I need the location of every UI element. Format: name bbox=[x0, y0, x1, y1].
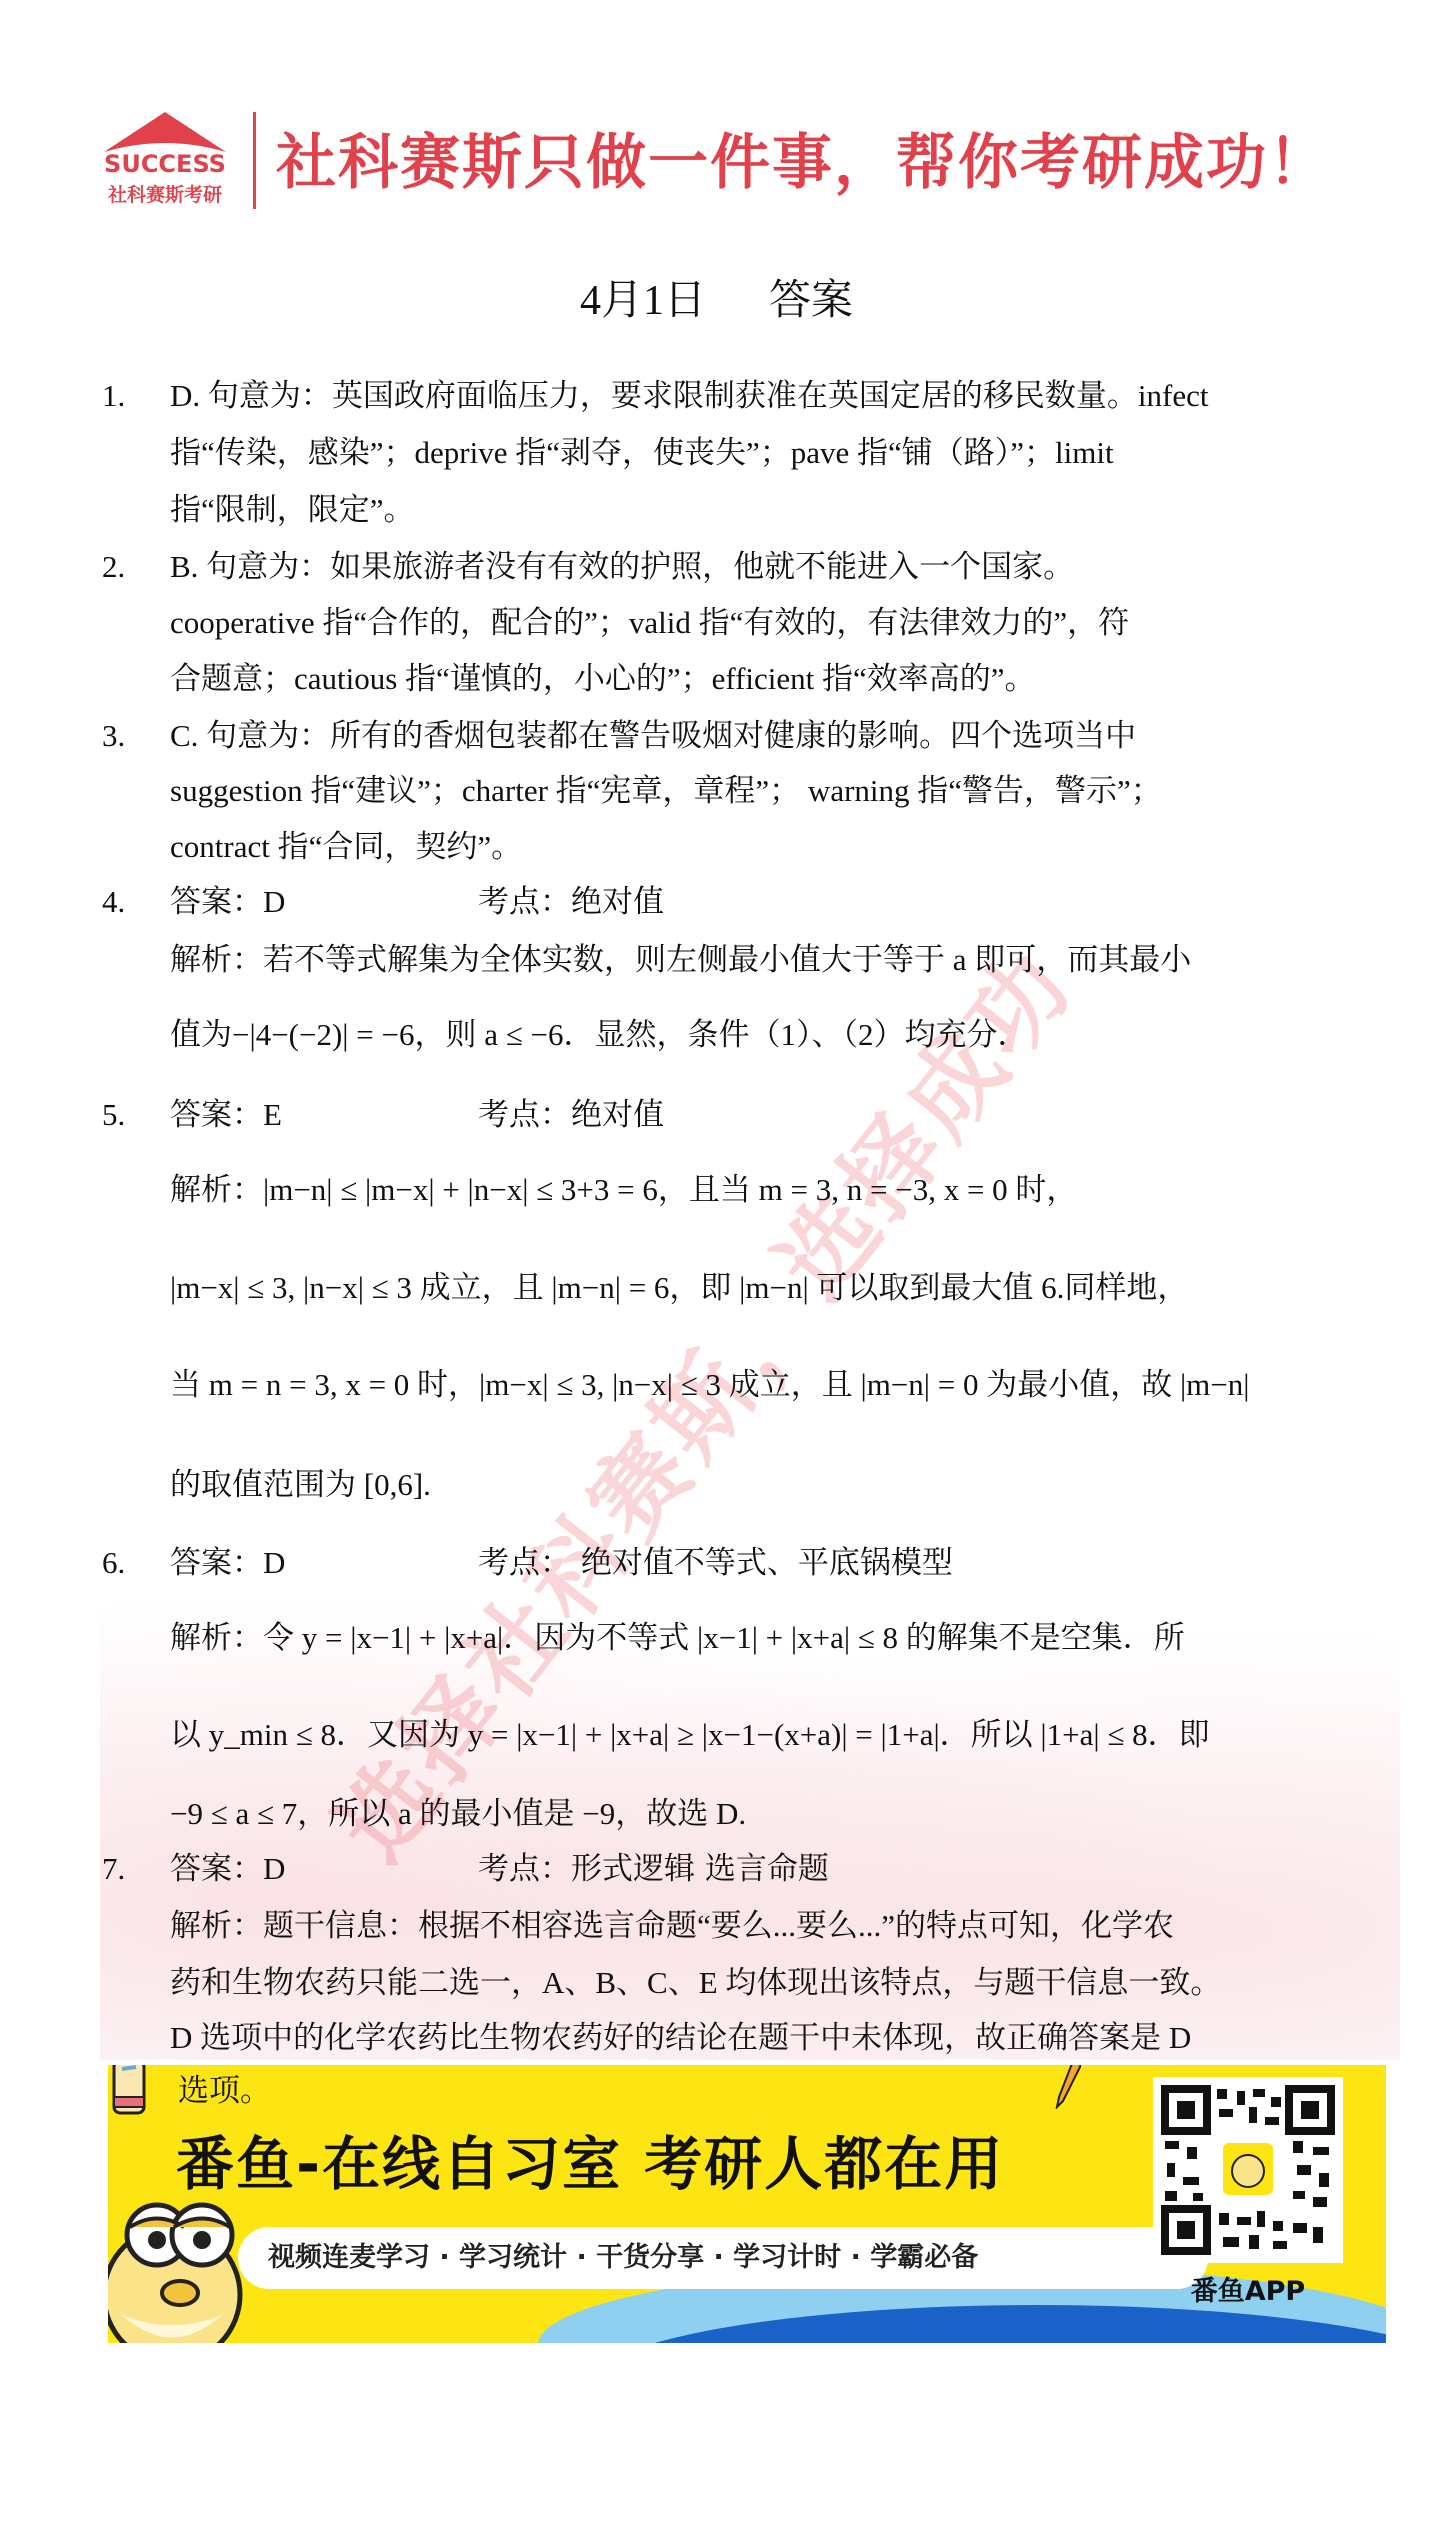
question-number: 2. bbox=[102, 547, 125, 587]
analysis-line: 药和生物农药只能二选一，A、B、C、E 均体现出该特点，与题干信息一致。 bbox=[170, 1963, 1221, 2003]
question-text-line: suggestion 指“建议”；charter 指“宪章，章程”； warni… bbox=[170, 771, 1162, 811]
analysis-line: 的取值范围为 [0,6]. bbox=[170, 1465, 431, 1505]
topic-label: 考点： 绝对值不等式、平底锅模型 bbox=[478, 1543, 953, 1583]
analysis-line: 以 y_min ≤ 8．又因为 y = |x−1| + |x+a| ≥ |x−1… bbox=[170, 1715, 1210, 1755]
question-text-line: 指“传染，感染”；deprive 指“剥夺，使丧失”；pave 指“铺（路）”；… bbox=[170, 433, 1114, 473]
feature-list: 视频连麦学习 · 学习统计 · 干货分享 · 学习计时 · 学霸必备 bbox=[268, 2227, 978, 2289]
topic-label: 考点：绝对值 bbox=[478, 1095, 664, 1135]
analysis-line: 解析：令 y = |x−1| + |x+a|．因为不等式 |x−1| + |x+… bbox=[170, 1618, 1185, 1658]
question-number: 6. bbox=[102, 1543, 125, 1583]
question-text-line: cooperative 指“合作的，配合的”；valid 指“有效的，有法律效力… bbox=[170, 603, 1129, 643]
answer-label: 答案：D bbox=[170, 1543, 285, 1583]
analysis-line: 当 m = n = 3, x = 0 时，|m−x| ≤ 3, |n−x| ≤ … bbox=[170, 1365, 1250, 1405]
pencil-icon bbox=[1053, 2065, 1081, 2109]
question-number: 7. bbox=[102, 1849, 125, 1889]
header-slogan: 社科赛斯只做一件事，帮你考研成功！ bbox=[276, 128, 1330, 198]
question-number: 4. bbox=[102, 882, 125, 922]
answer-label: 答案：D bbox=[170, 882, 285, 922]
question-text-line: C. 句意为：所有的香烟包装都在警告吸烟对健康的影响。四个选项当中 bbox=[170, 716, 1136, 756]
answer-label: 答案：E bbox=[170, 1095, 282, 1135]
analysis-line: 解析：题干信息：根据不相容选言命题“要么...要么...”的特点可知，化学农 bbox=[170, 1906, 1174, 1946]
page-title: 4月1日 答案 bbox=[0, 276, 1433, 326]
feature-pill: 视频连麦学习 · 学习统计 · 干货分享 · 学习计时 · 学霸必备 bbox=[238, 2227, 1208, 2289]
question-text-line: D. 句意为：英国政府面临压力，要求限制获准在英国定居的移民数量。infect bbox=[170, 376, 1208, 416]
analysis-line: 解析：|m−n| ≤ |m−x| + |n−x| ≤ 3+3 = 6，且当 m … bbox=[170, 1170, 1077, 1210]
title-label: 答案 bbox=[769, 278, 853, 324]
topic-label: 考点：形式逻辑 选言命题 bbox=[478, 1849, 829, 1889]
question-text-line: 合题意；cautious 指“谨慎的，小心的”；efficient 指“效率高的… bbox=[170, 659, 1036, 699]
pufferfish-mascot-icon bbox=[108, 2185, 252, 2343]
header-divider bbox=[253, 112, 256, 209]
answer-label: 答案：D bbox=[170, 1849, 285, 1889]
topic-label: 考点：绝对值 bbox=[478, 882, 664, 922]
analysis-line: 值为−|4−(−2)| = −6，则 a ≤ −6．显然，条件（1）、（2）均充… bbox=[170, 1015, 1028, 1055]
analysis-line: |m−x| ≤ 3, |n−x| ≤ 3 成立，且 |m−n| = 6，即 |m… bbox=[170, 1268, 1188, 1308]
qr-code[interactable] bbox=[1153, 2077, 1343, 2263]
qr-code-icon bbox=[1153, 2077, 1343, 2263]
logo-wordmark: SUCCESS bbox=[102, 150, 228, 178]
question-text-line: B. 句意为：如果旅游者没有有效的护照，他就不能进入一个国家。 bbox=[170, 547, 1074, 587]
analysis-line: D 选项中的化学农药比生物农药好的结论在题干中未体现，故正确答案是 D bbox=[170, 2018, 1191, 2058]
notebook-icon bbox=[108, 2065, 156, 2119]
brand-logo: SUCCESS 社科赛斯考研 bbox=[100, 110, 230, 210]
logo-subtitle: 社科赛斯考研 bbox=[100, 180, 230, 207]
question-text-line: contract 指“合同，契约”。 bbox=[170, 827, 522, 867]
title-date: 4月1日 bbox=[580, 278, 706, 324]
question-number: 1. bbox=[102, 376, 125, 416]
qr-caption: 番鱼APP bbox=[1153, 2269, 1343, 2308]
question-number: 5. bbox=[102, 1095, 125, 1135]
question-number: 3. bbox=[102, 716, 125, 756]
question-text-line: 指“限制，限定”。 bbox=[170, 490, 415, 530]
roof-icon bbox=[100, 110, 230, 154]
analysis-line: 解析：若不等式解集为全体实数，则左侧最小值大于等于 a 即可，而其最小 bbox=[170, 940, 1191, 980]
promo-banner[interactable]: 选项。 番鱼-在线自习室 考研人都在用 视频连麦学习 · 学习统计 · 干货分享… bbox=[108, 2065, 1386, 2343]
analysis-line: −9 ≤ a ≤ 7，所以 a 的最小值是 −9，故选 D. bbox=[170, 1794, 746, 1834]
banner-headline: 番鱼-在线自习室 考研人都在用 bbox=[176, 2129, 1004, 2199]
question-7-last-line: 选项。 bbox=[178, 2071, 271, 2111]
